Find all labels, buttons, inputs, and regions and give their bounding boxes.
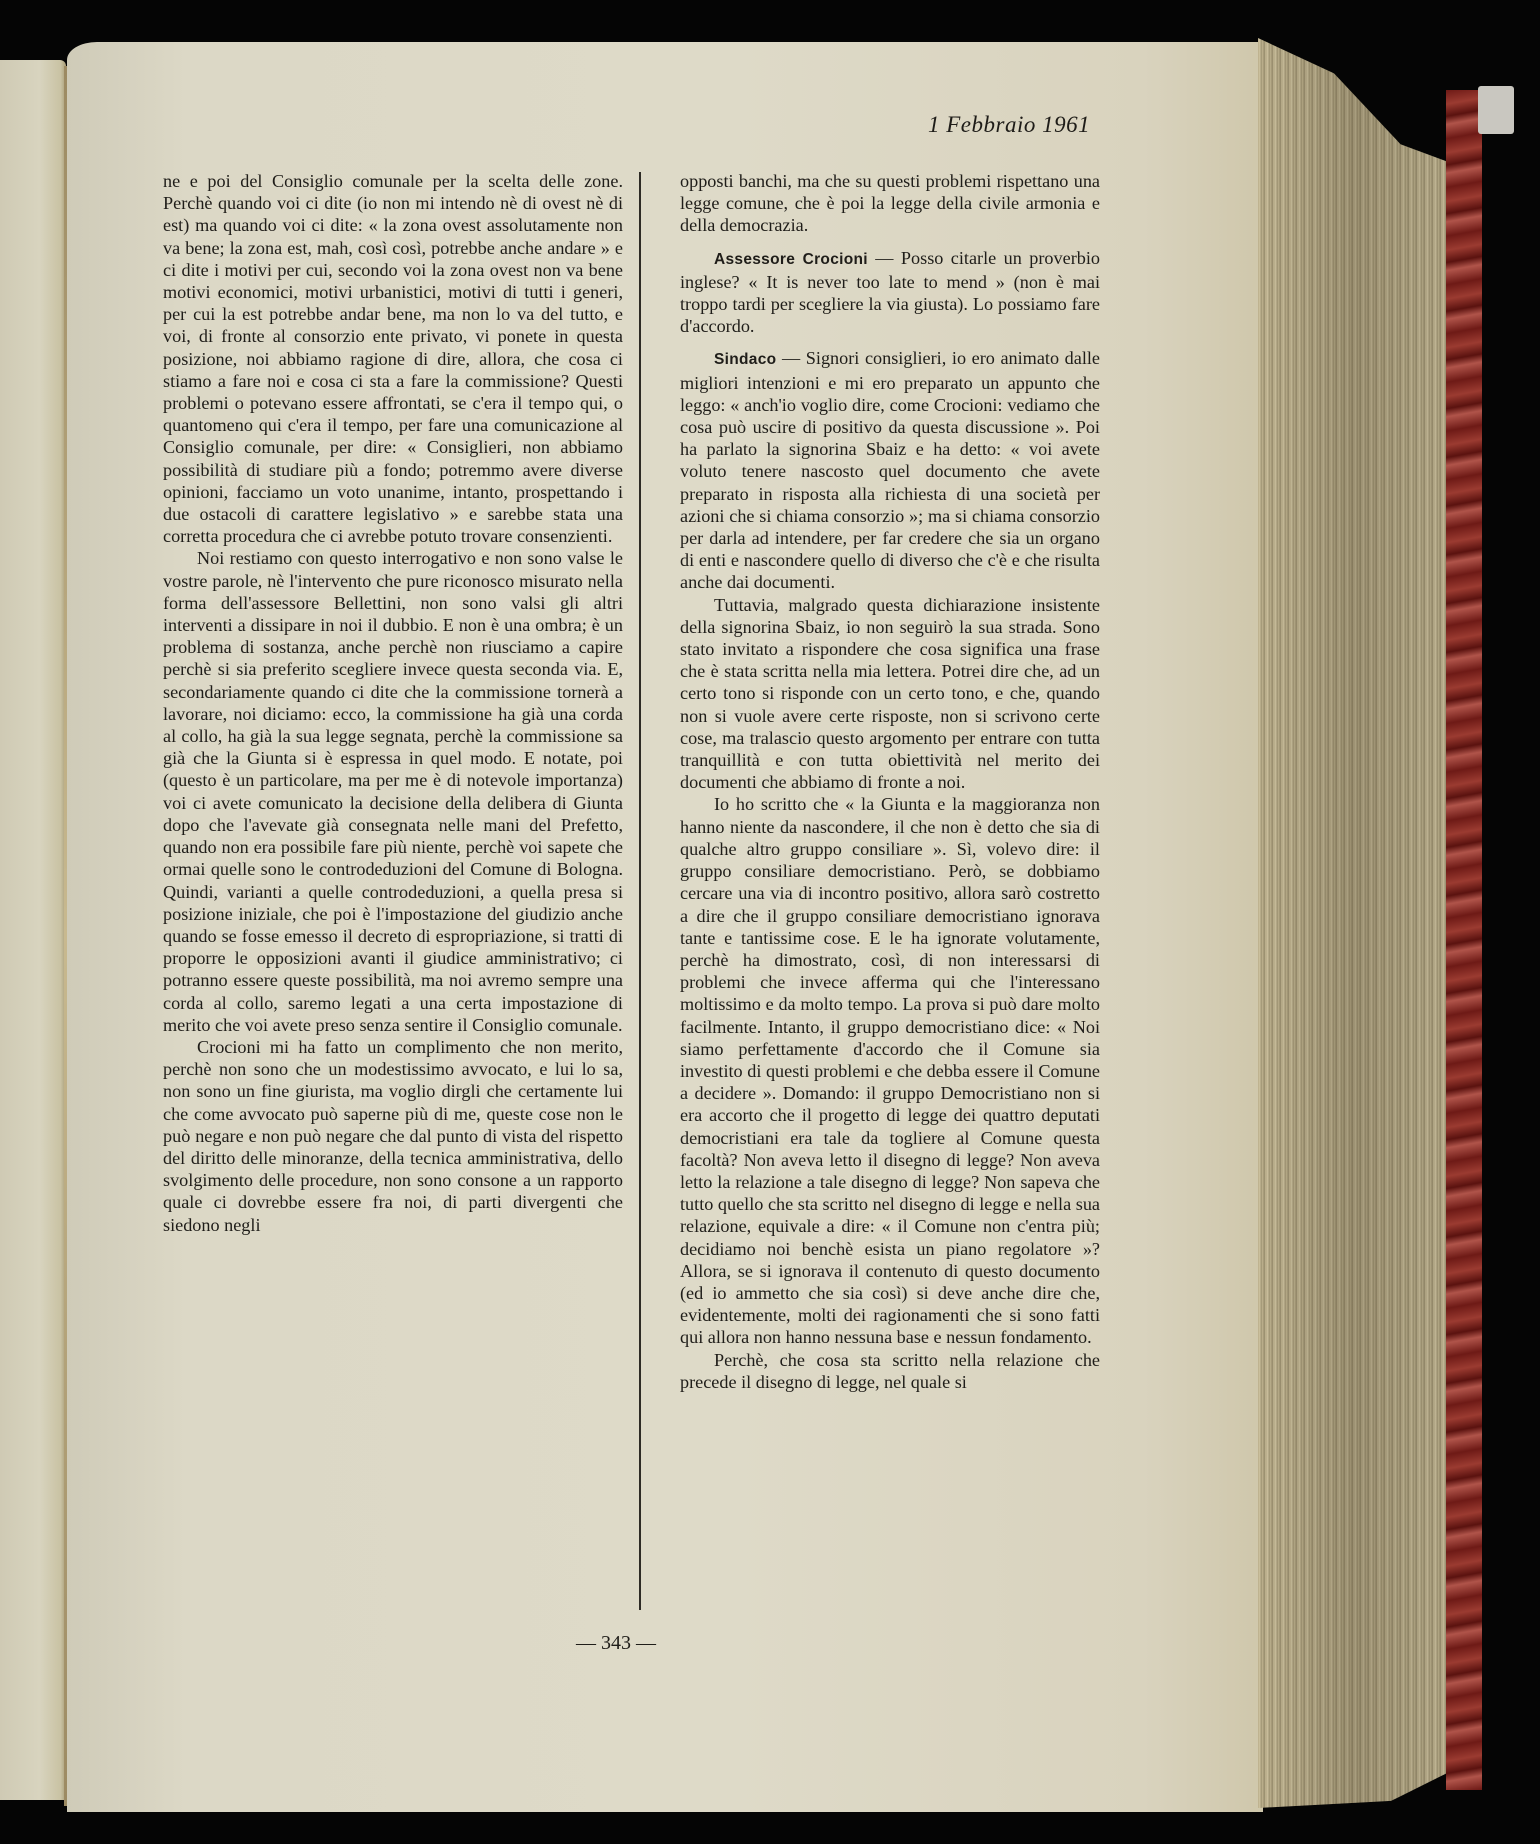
page-edges-shadow	[1258, 38, 1448, 1808]
speech-text: Signori consiglieri, io ero animato dall…	[680, 348, 1100, 592]
paragraph-continuation: opposti banchi, ma che su questi problem…	[680, 170, 1100, 237]
speech-dash: —	[868, 248, 901, 268]
paragraph: Noi restiamo con questo interrogativo e …	[163, 547, 623, 1035]
speech-assessore-crocioni: Assessore Crocioni — Posso citarle un pr…	[680, 247, 1100, 338]
paragraph: Io ho scritto che « la Giunta e la maggi…	[680, 793, 1100, 1348]
speaker-name: Sindaco	[714, 351, 776, 368]
previous-page-edge	[0, 60, 66, 1800]
left-text-column: ne e poi del Consiglio comunale per la s…	[163, 170, 623, 1236]
speech-dash: —	[776, 348, 805, 368]
page-number: — 343 —	[576, 1632, 656, 1655]
cover-corner-leather	[1478, 86, 1514, 134]
paragraph: Crocioni mi ha fatto un complimento che …	[163, 1036, 623, 1236]
paragraph: Tuttavia, malgrado questa dichiarazione …	[680, 594, 1100, 794]
speaker-name: Assessore Crocioni	[714, 251, 868, 268]
running-head-date: 1 Febbraio 1961	[928, 112, 1090, 138]
right-text-column: opposti banchi, ma che su questi problem…	[680, 170, 1100, 1393]
paragraph: Perchè, che cosa sta scritto nella relaz…	[680, 1349, 1100, 1393]
column-rule	[639, 172, 641, 1610]
paragraph: ne e poi del Consiglio comunale per la s…	[163, 170, 623, 547]
speech-sindaco: Sindaco — Signori consiglieri, io ero an…	[680, 347, 1100, 593]
marbled-cover-edge	[1446, 90, 1482, 1790]
